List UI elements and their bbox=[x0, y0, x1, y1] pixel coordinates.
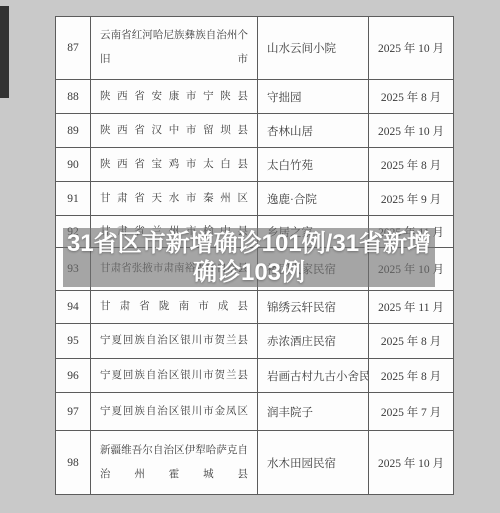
location-cell: 新疆维吾尔自治区伊犁哈萨克自治州霍城县 bbox=[91, 431, 258, 495]
date-cell: 2025 年 7 月 bbox=[369, 393, 454, 431]
row-number-cell: 95 bbox=[56, 324, 91, 359]
table-row: 97 宁夏回族自治区银川市金凤区 润丰院子 2025 年 7 月 bbox=[56, 393, 454, 431]
location-cell: 云南省红河哈尼族彝族自治州个旧市 bbox=[91, 17, 258, 80]
table-row: 98 新疆维吾尔自治区伊犁哈萨克自治州霍城县 水木田园民宿 2025 年 10 … bbox=[56, 431, 454, 495]
location-cell: 甘肃省陇南市成县 bbox=[91, 291, 258, 324]
homestay-name-cell: 润丰院子 bbox=[258, 393, 369, 431]
row-number-cell: 98 bbox=[56, 431, 91, 495]
row-number-cell: 91 bbox=[56, 182, 91, 216]
table-row: 91 甘肃省天水市秦州区 逸鹿·合院 2025 年 9 月 bbox=[56, 182, 454, 216]
date-cell: 2025 年 8 月 bbox=[369, 359, 454, 393]
date-cell: 2025 年 8 月 bbox=[369, 80, 454, 114]
row-number-cell: 97 bbox=[56, 393, 91, 431]
location-cell: 陕西省安康市宁陕县 bbox=[91, 80, 258, 114]
table-row: 95 宁夏回族自治区银川市贺兰县 赤浓酒庄民宿 2025 年 8 月 bbox=[56, 324, 454, 359]
homestay-name-cell: 山水云间小院 bbox=[258, 17, 369, 80]
headline-line-2: 确诊103例 bbox=[193, 258, 305, 287]
homestay-name-cell: 杏林山居 bbox=[258, 114, 369, 148]
row-number-cell: 90 bbox=[56, 148, 91, 182]
row-number-cell: 87 bbox=[56, 17, 91, 80]
location-cell: 陕西省汉中市留坝县 bbox=[91, 114, 258, 148]
row-number-cell: 94 bbox=[56, 291, 91, 324]
headline-line-1: 31省区市新增确诊101例/31省新增 bbox=[67, 229, 431, 258]
location-cell: 宁夏回族自治区银川市金凤区 bbox=[91, 393, 258, 431]
table-row: 90 陕西省宝鸡市太白县 太白竹苑 2025 年 8 月 bbox=[56, 148, 454, 182]
date-cell: 2025 年 10 月 bbox=[369, 431, 454, 495]
table-row: 88 陕西省安康市宁陕县 守拙园 2025 年 8 月 bbox=[56, 80, 454, 114]
row-number-cell: 89 bbox=[56, 114, 91, 148]
date-cell: 2025 年 9 月 bbox=[369, 182, 454, 216]
table-row: 94 甘肃省陇南市成县 锦绣云轩民宿 2025 年 11 月 bbox=[56, 291, 454, 324]
dark-corner-bar bbox=[0, 6, 9, 98]
date-cell: 2025 年 10 月 bbox=[369, 114, 454, 148]
row-number-cell: 88 bbox=[56, 80, 91, 114]
location-cell: 宁夏回族自治区银川市贺兰县 bbox=[91, 359, 258, 393]
date-cell: 2025 年 11 月 bbox=[369, 291, 454, 324]
homestay-name-cell: 水木田园民宿 bbox=[258, 431, 369, 495]
homestay-name-cell: 赤浓酒庄民宿 bbox=[258, 324, 369, 359]
date-cell: 2025 年 10 月 bbox=[369, 17, 454, 80]
location-cell: 陕西省宝鸡市太白县 bbox=[91, 148, 258, 182]
location-cell: 宁夏回族自治区银川市贺兰县 bbox=[91, 324, 258, 359]
homestay-name-cell: 锦绣云轩民宿 bbox=[258, 291, 369, 324]
news-headline-overlay: 31省区市新增确诊101例/31省新增 确诊103例 bbox=[63, 228, 435, 287]
homestay-name-cell: 逸鹿·合院 bbox=[258, 182, 369, 216]
homestay-name-cell: 太白竹苑 bbox=[258, 148, 369, 182]
row-number-cell: 96 bbox=[56, 359, 91, 393]
table-row: 96 宁夏回族自治区银川市贺兰县 岩画古村九古小舍民宿 2025 年 8 月 bbox=[56, 359, 454, 393]
date-cell: 2025 年 8 月 bbox=[369, 148, 454, 182]
location-cell: 甘肃省天水市秦州区 bbox=[91, 182, 258, 216]
page: { "colors": { "page_bg": "#c9c9c9", "tab… bbox=[0, 0, 500, 513]
date-cell: 2025 年 8 月 bbox=[369, 324, 454, 359]
table-row: 87 云南省红河哈尼族彝族自治州个旧市 山水云间小院 2025 年 10 月 bbox=[56, 17, 454, 80]
homestay-name-cell: 岩画古村九古小舍民宿 bbox=[258, 359, 369, 393]
table-row: 89 陕西省汉中市留坝县 杏林山居 2025 年 10 月 bbox=[56, 114, 454, 148]
homestay-name-cell: 守拙园 bbox=[258, 80, 369, 114]
